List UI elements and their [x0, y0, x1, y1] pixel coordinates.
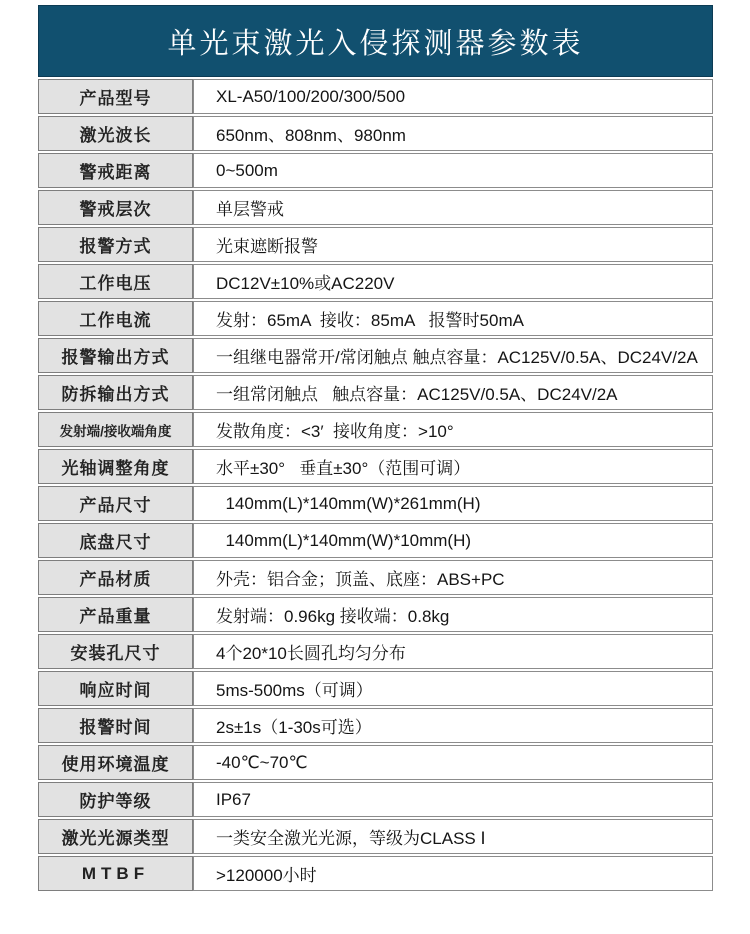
spec-value: 一类安全激光光源，等级为CLASS Ⅰ [193, 819, 713, 854]
table-row: 报警时间2s±1s（1-30s可选） [38, 708, 713, 743]
spec-value: 一组常闭触点 触点容量：AC125V/0.5A、DC24V/2A [193, 375, 713, 410]
spec-label: 警戒距离 [38, 153, 193, 188]
spec-label: 报警输出方式 [38, 338, 193, 373]
spec-value: 4个20*10长圆孔均匀分布 [193, 634, 713, 669]
spec-label: 光轴调整角度 [38, 449, 193, 484]
spec-label: 工作电压 [38, 264, 193, 299]
spec-value: 2s±1s（1-30s可选） [193, 708, 713, 743]
spec-label: 报警方式 [38, 227, 193, 262]
table-row: 产品尺寸 140mm(L)*140mm(W)*261mm(H) [38, 486, 713, 521]
spec-value: 650nm、808nm、980nm [193, 116, 713, 151]
table-row: 报警输出方式一组继电器常开/常闭触点 触点容量：AC125V/0.5A、DC24… [38, 338, 713, 373]
table-row: 工作电压DC12V±10%或AC220V [38, 264, 713, 299]
spec-label: 响应时间 [38, 671, 193, 706]
table-row: 使用环境温度-40℃~70℃ [38, 745, 713, 780]
spec-label: 警戒层次 [38, 190, 193, 225]
table-row: 报警方式光束遮断报警 [38, 227, 713, 262]
spec-label: 底盘尺寸 [38, 523, 193, 558]
spec-label: 产品型号 [38, 79, 193, 114]
spec-value: 140mm(L)*140mm(W)*261mm(H) [193, 486, 713, 521]
table-row: 发射端/接收端角度发散角度：<3′ 接收角度：>10° [38, 412, 713, 447]
table-row: 激光波长650nm、808nm、980nm [38, 116, 713, 151]
spec-label: 发射端/接收端角度 [38, 412, 193, 447]
spec-value: 单层警戒 [193, 190, 713, 225]
table-row: 产品型号XL-A50/100/200/300/500 [38, 79, 713, 114]
spec-label: 使用环境温度 [38, 745, 193, 780]
spec-value: 140mm(L)*140mm(W)*10mm(H) [193, 523, 713, 558]
spec-value: DC12V±10%或AC220V [193, 264, 713, 299]
spec-label: 防拆输出方式 [38, 375, 193, 410]
table-row: 工作电流发射：65mA 接收：85mA 报警时50mA [38, 301, 713, 336]
spec-value: 外壳：铝合金；顶盖、底座：ABS+PC [193, 560, 713, 595]
table-row: 安装孔尺寸4个20*10长圆孔均匀分布 [38, 634, 713, 669]
table-row: 产品材质外壳：铝合金；顶盖、底座：ABS+PC [38, 560, 713, 595]
spec-label: 报警时间 [38, 708, 193, 743]
spec-table-body: 产品型号XL-A50/100/200/300/500激光波长650nm、808n… [38, 79, 713, 891]
table-row: 产品重量发射端：0.96kg 接收端：0.8kg [38, 597, 713, 632]
spec-label: 安装孔尺寸 [38, 634, 193, 669]
table-row: 底盘尺寸 140mm(L)*140mm(W)*10mm(H) [38, 523, 713, 558]
spec-label: 工作电流 [38, 301, 193, 336]
spec-value: 水平±30° 垂直±30°（范围可调） [193, 449, 713, 484]
spec-label: 防护等级 [38, 782, 193, 817]
table-row: 防护等级IP67 [38, 782, 713, 817]
page-title: 单光束激光入侵探测器参数表 [38, 5, 713, 77]
spec-value: -40℃~70℃ [193, 745, 713, 780]
spec-label: MTBF [38, 856, 193, 891]
table-row: MTBF>120000小时 [38, 856, 713, 891]
spec-label: 产品重量 [38, 597, 193, 632]
table-row: 警戒层次单层警戒 [38, 190, 713, 225]
table-row: 警戒距离0~500m [38, 153, 713, 188]
table-row: 光轴调整角度水平±30° 垂直±30°（范围可调） [38, 449, 713, 484]
spec-value: 发散角度：<3′ 接收角度：>10° [193, 412, 713, 447]
spec-value: 5ms-500ms（可调） [193, 671, 713, 706]
table-row: 激光光源类型一类安全激光光源，等级为CLASS Ⅰ [38, 819, 713, 854]
spec-value: 一组继电器常开/常闭触点 触点容量：AC125V/0.5A、DC24V/2A [193, 338, 713, 373]
spec-value: 发射：65mA 接收：85mA 报警时50mA [193, 301, 713, 336]
table-row: 防拆输出方式一组常闭触点 触点容量：AC125V/0.5A、DC24V/2A [38, 375, 713, 410]
spec-sheet: 单光束激光入侵探测器参数表 产品型号XL-A50/100/200/300/500… [38, 5, 713, 893]
spec-value: 光束遮断报警 [193, 227, 713, 262]
spec-value: XL-A50/100/200/300/500 [193, 79, 713, 114]
spec-label: 激光光源类型 [38, 819, 193, 854]
spec-value: >120000小时 [193, 856, 713, 891]
spec-label: 激光波长 [38, 116, 193, 151]
spec-table: 产品型号XL-A50/100/200/300/500激光波长650nm、808n… [38, 77, 713, 893]
table-row: 响应时间5ms-500ms（可调） [38, 671, 713, 706]
spec-value: 发射端：0.96kg 接收端：0.8kg [193, 597, 713, 632]
spec-label: 产品尺寸 [38, 486, 193, 521]
spec-value: IP67 [193, 782, 713, 817]
spec-label: 产品材质 [38, 560, 193, 595]
spec-value: 0~500m [193, 153, 713, 188]
